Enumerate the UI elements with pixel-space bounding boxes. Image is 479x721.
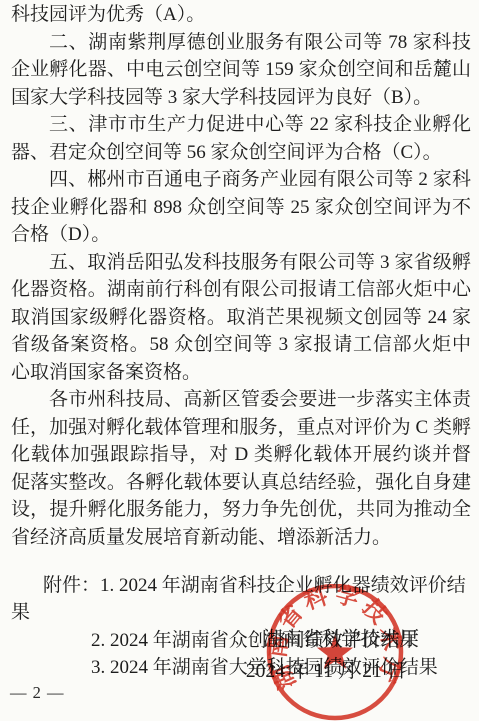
issuer-name: 湖南省科学技术厅: [241, 628, 441, 652]
paragraph: 五、取消岳阳弘发科技服务有限公司等 3 家省级孵化器资格。湖南前行科创有限公司报…: [11, 249, 471, 387]
paragraph: 三、津市市生产力促进中心等 22 家科技企业孵化器、君定众创空间等 56 家众创…: [11, 111, 471, 166]
page-number: — 2 —: [10, 683, 65, 703]
attachment-line: 附件：1. 2024 年湖南省科技企业孵化器绩效评价结果: [11, 572, 471, 627]
attachments-label: 附件：: [43, 575, 100, 596]
paragraph: 科技园评为优秀（A）。: [11, 1, 471, 29]
issue-date: 2024 年 11 月 21 日: [226, 660, 426, 684]
document-page: 科技园评为优秀（A）。 二、湖南紫荆厚德创业服务有限公司等 78 家科技企业孵化…: [0, 0, 479, 721]
paragraph: 各市州科技局、高新区管委会要进一步落实主体责任，加强对孵化载体管理和服务，重点对…: [11, 386, 471, 551]
document-body: 科技园评为优秀（A）。 二、湖南紫荆厚德创业服务有限公司等 78 家科技企业孵化…: [11, 1, 471, 681]
paragraph: 四、郴州市百通电子商务产业园有限公司等 2 家科技企业孵化器和 898 众创空间…: [11, 166, 471, 249]
paragraph: 二、湖南紫荆厚德创业服务有限公司等 78 家科技企业孵化器、中电云创空间等 15…: [11, 29, 471, 112]
